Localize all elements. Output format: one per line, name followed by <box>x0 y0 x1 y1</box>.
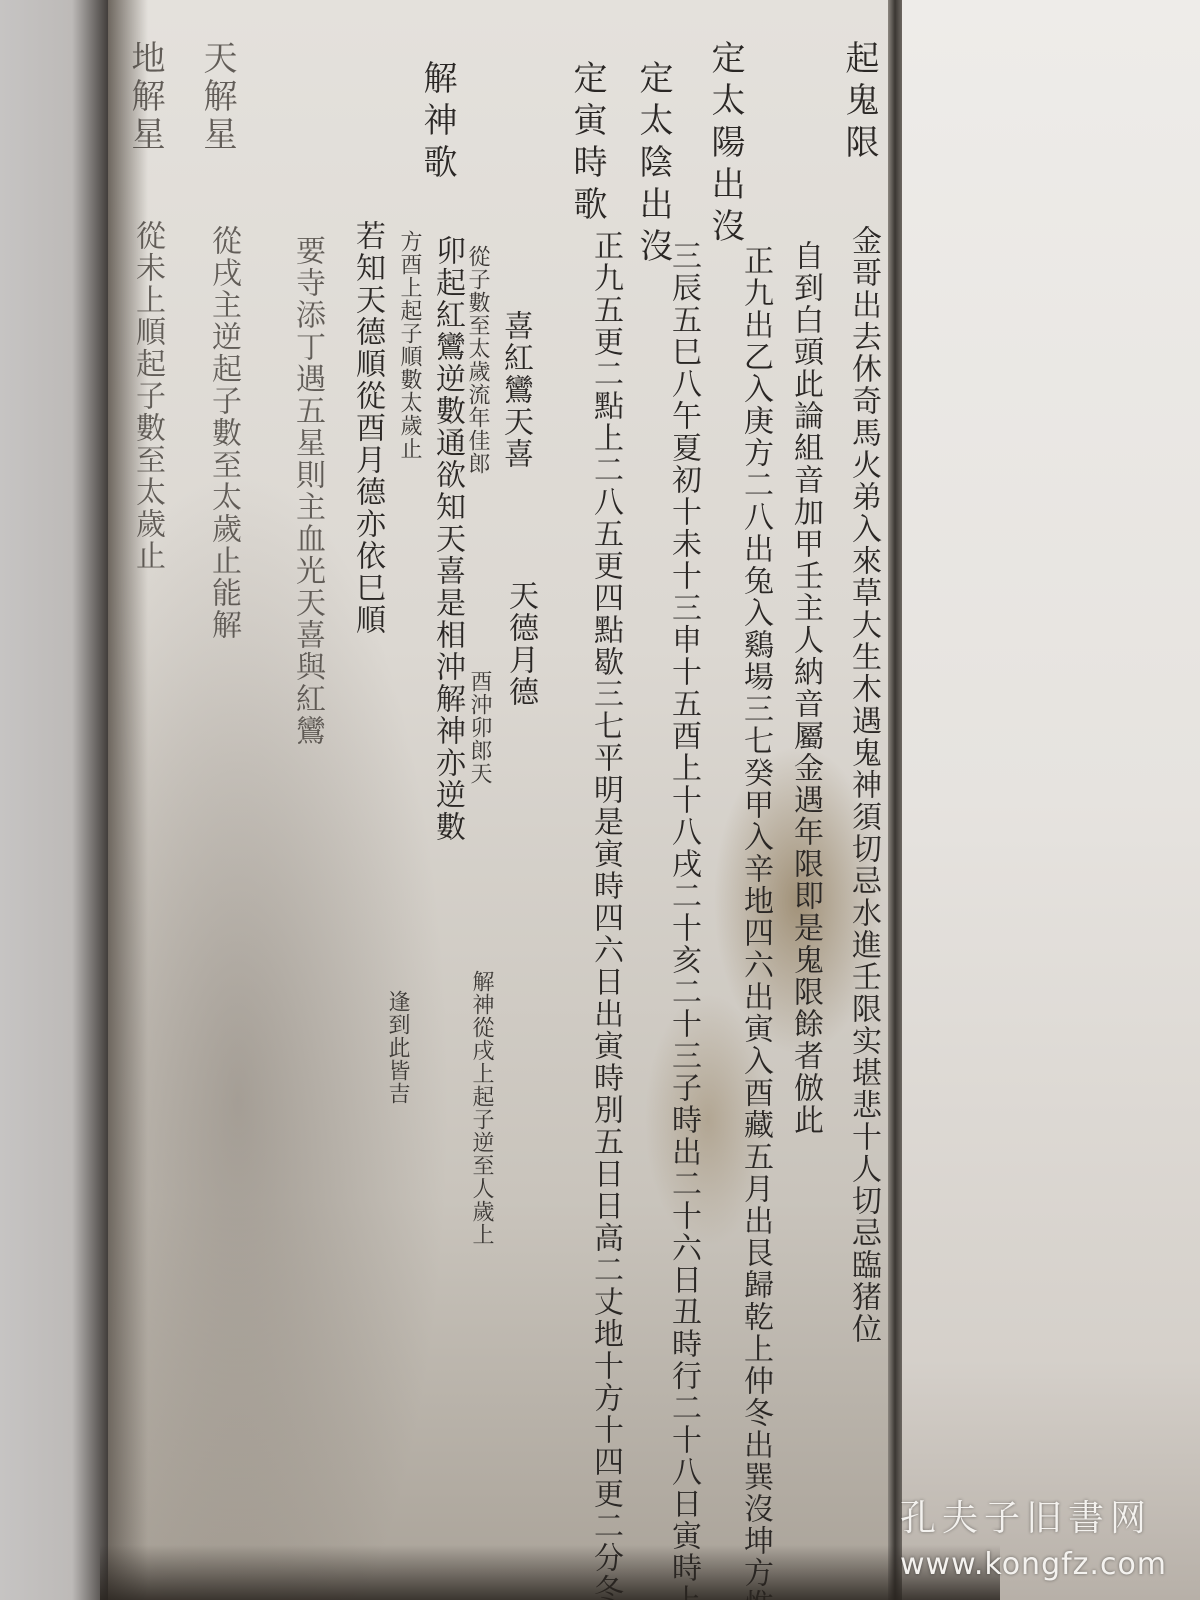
annotation: 酉沖卯郎天 <box>468 670 490 785</box>
blank-facing-page <box>902 0 1200 1600</box>
heading-qi-gui-xian: 起鬼限 <box>842 40 876 166</box>
annotation: 解神從戌上起子逆至人歲上 <box>470 970 492 1246</box>
subheading-tiande-yuede: 天德月德 <box>505 580 535 708</box>
heading-jie-shen-ge: 解神歌 <box>420 60 454 186</box>
table-background <box>0 0 120 1600</box>
heading-ding-taiyang: 定太陽出沒 <box>708 40 742 250</box>
watermark-url: www.kongfz.com <box>900 1547 1167 1582</box>
text-column: 三辰五巳八午夏初十未十三申十五酉上十八戌二十亥二十三子時出二十六日丑時行二十八日… <box>668 240 698 1540</box>
heading-ding-taiyin: 定太陰出沒 <box>636 60 670 270</box>
heading-ding-yin-shi: 定寅時歌 <box>570 60 604 228</box>
text-column: 要寺添丁遇五星則主血光天喜與紅鸞 <box>292 235 322 1435</box>
watermark-site-name: 孔夫子旧書网 <box>900 1490 1167 1541</box>
text-column: 正九五更二點上二八五更四點歇三七平明是寅時四六日出寅時別五日日高二丈地十方十四更… <box>590 230 620 1530</box>
text-column: 從戌主逆起子數至太歲止能解 <box>208 225 238 641</box>
text-column: 從未上順起子數至太歲止 <box>132 220 162 572</box>
subheading-hongluan-tianxi: 喜紅鸞天喜 <box>500 310 530 470</box>
book-spine-crease <box>888 0 902 1600</box>
heading-tian-jie-xing: 天解星 <box>200 40 234 154</box>
text-column: 金哥出去休奇馬火弟入來草大生木遇鬼神須切忌水進壬限实堪悲十人切忌臨猪位 <box>848 225 878 1585</box>
annotation: 方酉上起子順數太歲止 <box>398 230 420 460</box>
text-column: 自到白頭此論組音加甲壬主人納音屬金遇年限即是鬼限餘者倣此 <box>790 240 820 1136</box>
text-column: 卯起紅鸞逆數通欲知天喜是相沖解神亦逆數 <box>432 235 462 1335</box>
annotation: 從子數至太歲流年佳郎 <box>466 245 488 475</box>
bottom-shadow <box>100 1545 1000 1600</box>
heading-di-jie-xing: 地解星 <box>128 40 162 154</box>
text-column: 若知天德順從酉月德亦依巳順 <box>352 220 382 1320</box>
text-column: 正九出乙入庚方二八出兔入鷄場三七癸甲入辛地四六出寅入酉藏五月出艮歸乾上仲冬出巽沒… <box>740 245 770 1565</box>
annotation: 逢到此皆吉 <box>386 990 408 1105</box>
watermark: 孔夫子旧書网 www.kongfz.com <box>900 1490 1167 1582</box>
